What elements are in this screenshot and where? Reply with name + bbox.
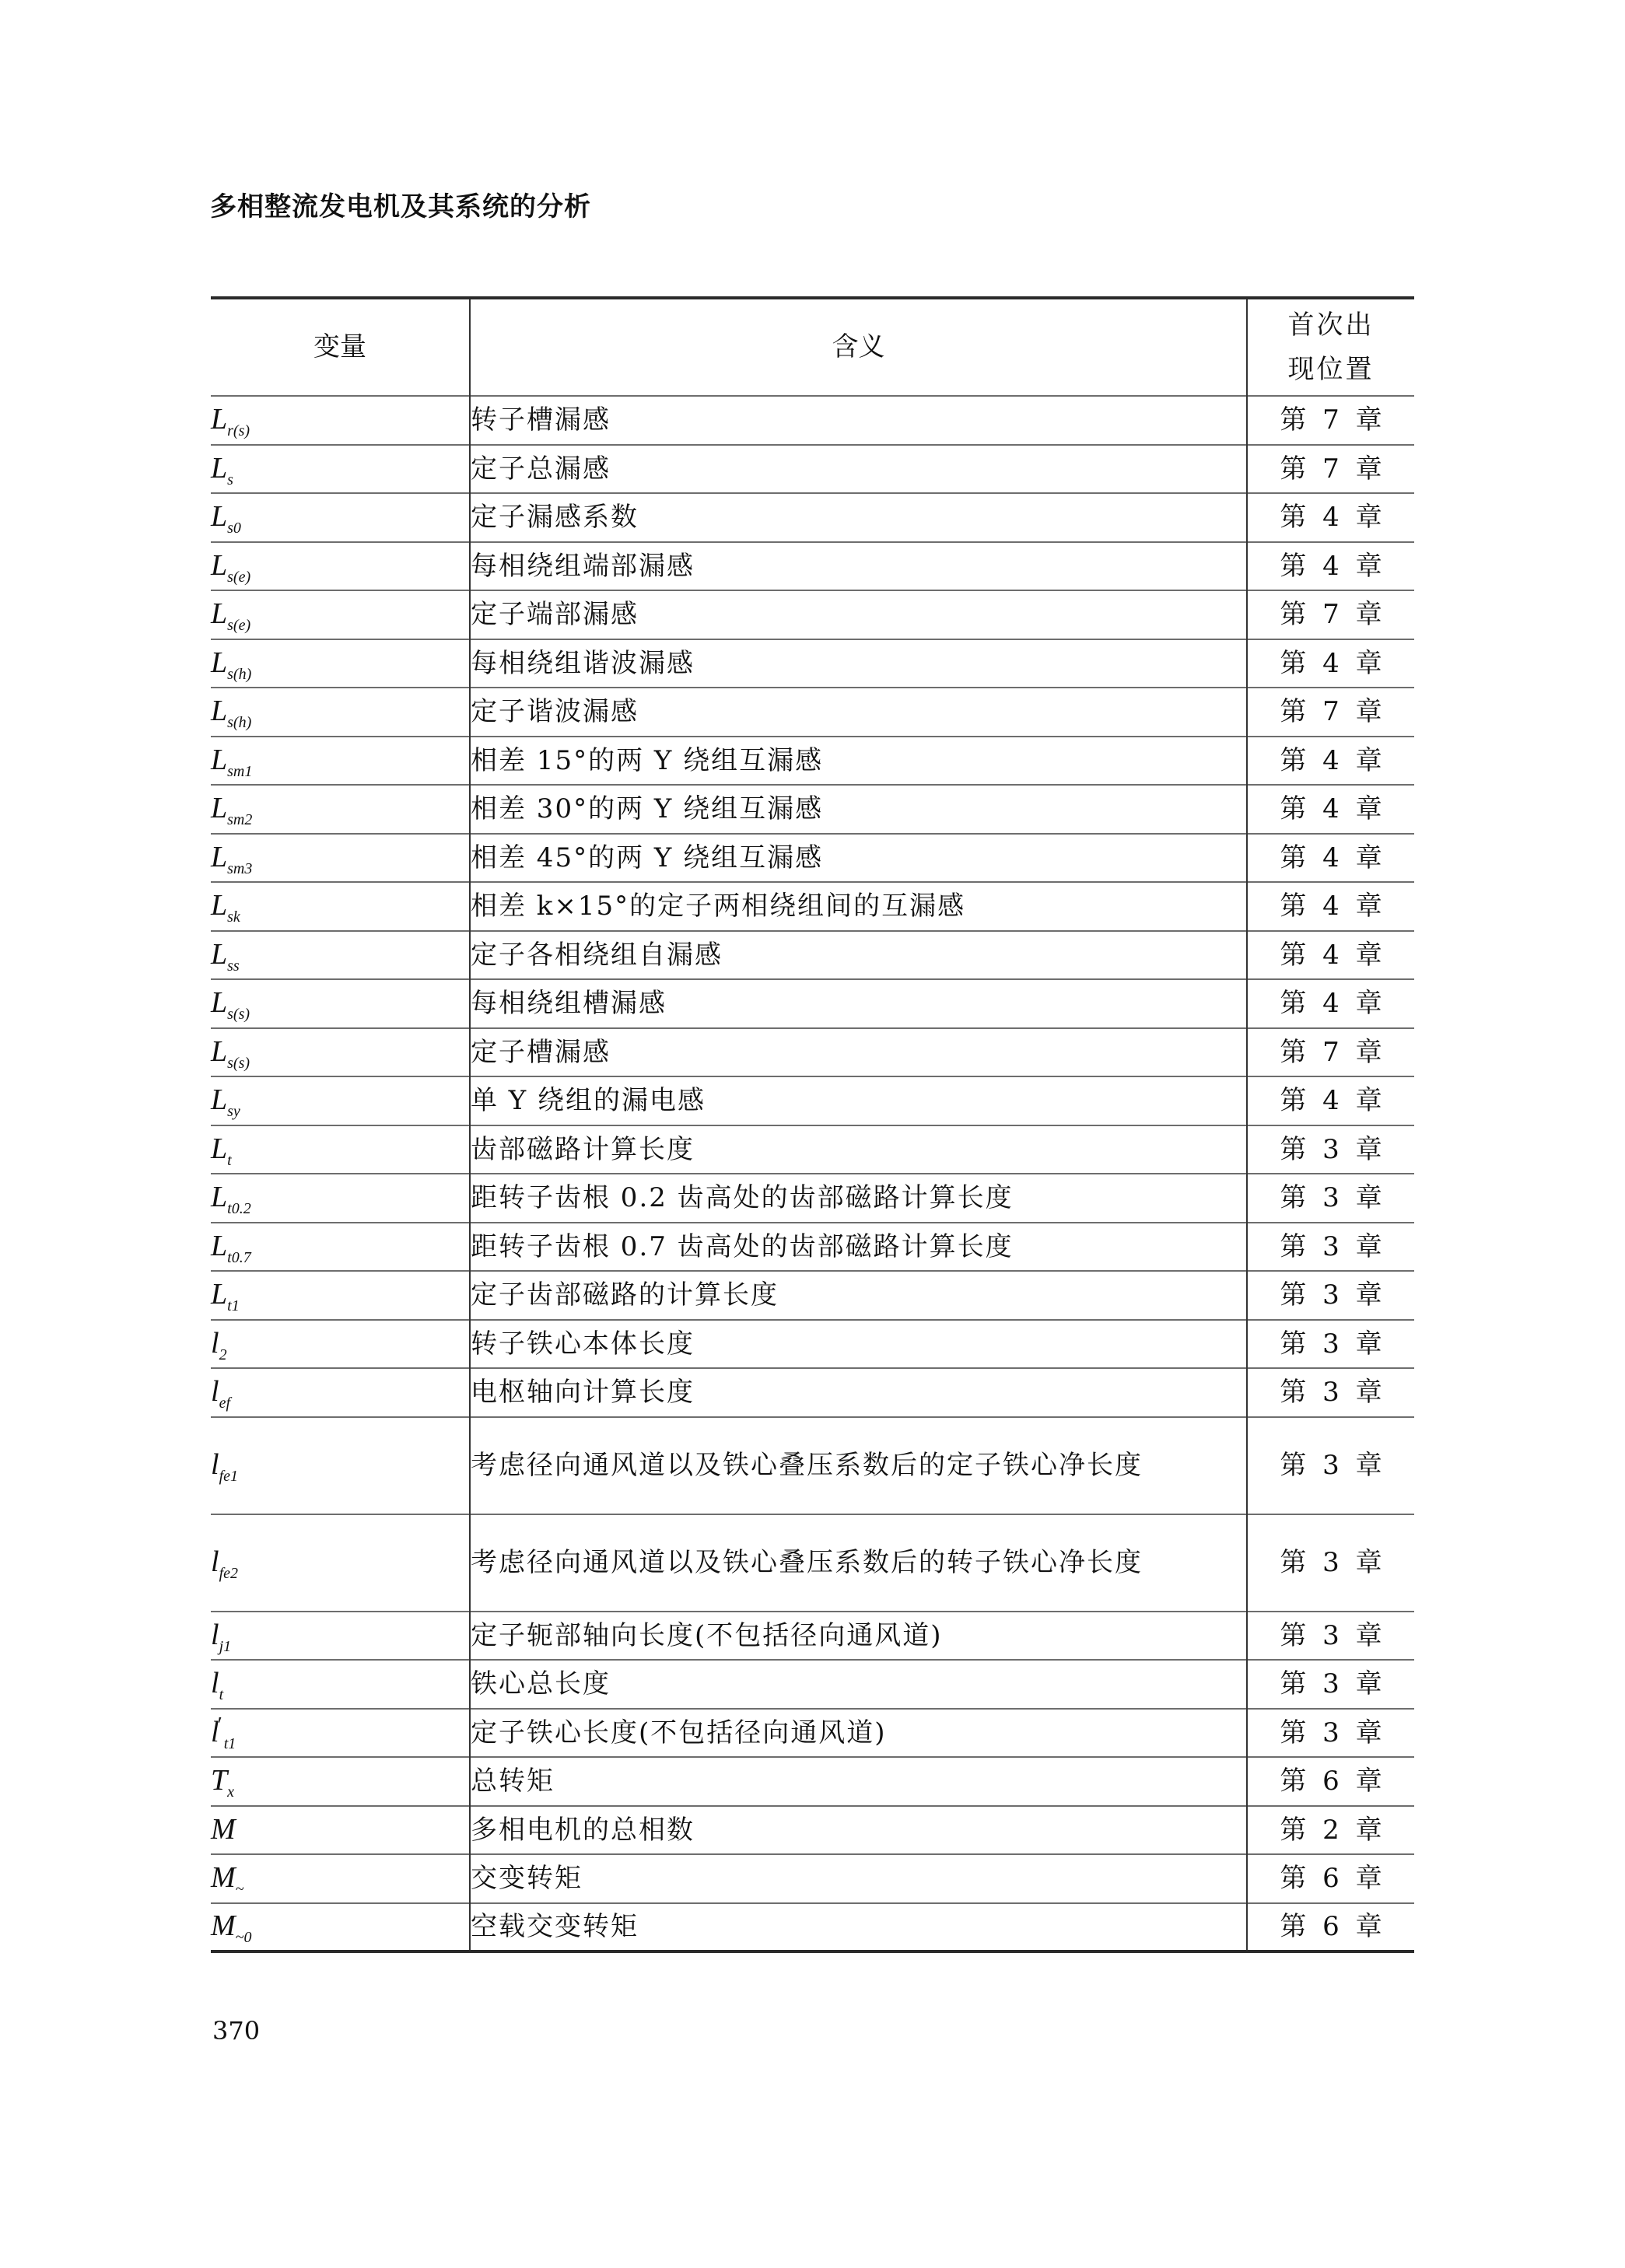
meaning-cell: 相差 30°的两 Y 绕组互漏感: [470, 785, 1247, 834]
variable-subscript: fe1: [219, 1468, 238, 1485]
meaning-cell: 总转矩: [470, 1757, 1247, 1806]
chapter-cell: 第 7 章: [1247, 688, 1414, 737]
meaning-cell: 相差 k×15°的定子两相绕组间的互漏感: [470, 882, 1247, 931]
table-row: Tx总转矩第 6 章: [211, 1757, 1414, 1806]
variable-subscript: t1: [227, 1297, 240, 1314]
chapter-cell: 第 6 章: [1247, 1903, 1414, 1952]
variable-symbol: l: [211, 1448, 219, 1481]
meaning-cell: 空载交变转矩: [470, 1903, 1247, 1952]
meaning-cell: 定子谐波漏感: [470, 688, 1247, 737]
variable-cell: Ls(s): [211, 1028, 470, 1077]
table-body: Lr(s)转子槽漏感第 7 章Ls定子总漏感第 7 章Ls0定子漏感系数第 4 …: [211, 396, 1414, 1951]
variable-subscript: j1: [219, 1638, 232, 1655]
variable-subscript: s(e): [227, 617, 250, 634]
table-row: Lsm3相差 45°的两 Y 绕组互漏感第 4 章: [211, 834, 1414, 883]
chapter-cell: 第 7 章: [1247, 445, 1414, 494]
chapter-cell: 第 6 章: [1247, 1854, 1414, 1903]
variable-symbol: L: [211, 841, 227, 873]
chapter-cell: 第 4 章: [1247, 493, 1414, 542]
table-row: M~交变转矩第 6 章: [211, 1854, 1414, 1903]
chapter-cell: 第 3 章: [1247, 1174, 1414, 1223]
table-row: lt铁心总长度第 3 章: [211, 1660, 1414, 1709]
table-row: Ls(s)定子槽漏感第 7 章: [211, 1028, 1414, 1077]
variable-subscript: fe2: [219, 1565, 238, 1582]
variable-subscript: ~0: [236, 1929, 252, 1946]
variable-cell: lef: [211, 1368, 470, 1417]
variable-symbol: L: [211, 1230, 227, 1262]
header-first-location-line1: 首次出: [1288, 310, 1375, 341]
table-row: Ls(e)定子端部漏感第 7 章: [211, 590, 1414, 639]
meaning-cell: 相差 15°的两 Y 绕组互漏感: [470, 737, 1247, 786]
meaning-cell: 定子齿部磁路的计算长度: [470, 1271, 1247, 1320]
variable-symbol: L: [211, 1083, 227, 1116]
variable-symbol: L: [211, 792, 227, 824]
variable-symbol: L: [211, 549, 227, 582]
variable-subscript: s(h): [227, 666, 251, 683]
variable-symbol: L: [211, 695, 227, 727]
table-row: M~0空载交变转矩第 6 章: [211, 1903, 1414, 1952]
meaning-cell: 齿部磁路计算长度: [470, 1125, 1247, 1174]
variable-subscript: t: [227, 1152, 232, 1169]
variable-cell: Ls(e): [211, 542, 470, 591]
meaning-cell: 相差 45°的两 Y 绕组互漏感: [470, 834, 1247, 883]
variable-subscript: s(h): [227, 714, 251, 731]
variable-cell: Lsm3: [211, 834, 470, 883]
meaning-cell: 单 Y 绕组的漏电感: [470, 1076, 1247, 1125]
variable-symbol: L: [211, 889, 227, 922]
variable-cell: Lt0.7: [211, 1223, 470, 1272]
chapter-cell: 第 3 章: [1247, 1660, 1414, 1709]
variable-cell: Tx: [211, 1757, 470, 1806]
variable-cell: Ls(e): [211, 590, 470, 639]
variable-symbol: L: [211, 597, 227, 630]
chapter-cell: 第 3 章: [1247, 1223, 1414, 1272]
chapter-cell: 第 4 章: [1247, 737, 1414, 786]
variable-subscript: 2: [219, 1346, 227, 1363]
chapter-cell: 第 4 章: [1247, 931, 1414, 980]
table-row: Lr(s)转子槽漏感第 7 章: [211, 396, 1414, 445]
variable-cell: Lr(s): [211, 396, 470, 445]
variable-cell: M: [211, 1806, 470, 1855]
variable-symbol: M: [211, 1909, 236, 1942]
table-row: l2转子铁心本体长度第 3 章: [211, 1320, 1414, 1369]
meaning-cell: 转子槽漏感: [470, 396, 1247, 445]
variable-symbol: L: [211, 1181, 227, 1213]
variable-subscript: t1: [224, 1735, 236, 1752]
variable-symbol: M: [211, 1861, 236, 1894]
variable-subscript: x: [227, 1783, 234, 1801]
variable-symbol: L: [211, 1278, 227, 1311]
variable-symbol: T: [211, 1764, 227, 1797]
variable-cell: M~: [211, 1854, 470, 1903]
table-row: Ls(h)定子谐波漏感第 7 章: [211, 688, 1414, 737]
chapter-cell: 第 7 章: [1247, 1028, 1414, 1077]
variable-cell: l2: [211, 1320, 470, 1369]
variable-subscript: sm2: [227, 811, 252, 828]
variable-cell: Lt: [211, 1125, 470, 1174]
variable-cell: Ls(h): [211, 688, 470, 737]
table-row: Ls(e)每相绕组端部漏感第 4 章: [211, 542, 1414, 591]
header-variable: 变量: [211, 298, 470, 396]
table-row: Lsm2相差 30°的两 Y 绕组互漏感第 4 章: [211, 785, 1414, 834]
variable-symbol: L: [211, 500, 227, 533]
meaning-cell: 交变转矩: [470, 1854, 1247, 1903]
variable-subscript: t0.7: [227, 1249, 251, 1266]
table-row: Lt0.7距转子齿根 0.7 齿高处的齿部磁路计算长度第 3 章: [211, 1223, 1414, 1272]
variable-cell: Lt0.2: [211, 1174, 470, 1223]
variable-subscript: r(s): [227, 422, 250, 439]
table-row: Lsy单 Y 绕组的漏电感第 4 章: [211, 1076, 1414, 1125]
table-row: lfe1考虑径向通风道以及铁心叠压系数后的定子铁心净长度第 3 章: [211, 1417, 1414, 1514]
table-row: lj1定子轭部轴向长度(不包括径向通风道)第 3 章: [211, 1612, 1414, 1661]
variable-symbol: l: [211, 1375, 219, 1408]
chapter-cell: 第 4 章: [1247, 1076, 1414, 1125]
meaning-cell: 多相电机的总相数: [470, 1806, 1247, 1855]
variable-symbol: l: [211, 1667, 219, 1699]
table-row: Lss定子各相绕组自漏感第 4 章: [211, 931, 1414, 980]
chapter-cell: 第 7 章: [1247, 590, 1414, 639]
variable-cell: Ls: [211, 445, 470, 494]
variable-cell: Ls(h): [211, 639, 470, 688]
variable-symbol: M: [211, 1813, 236, 1846]
variable-subscript: ef: [219, 1395, 230, 1412]
table-row: Lt1定子齿部磁路的计算长度第 3 章: [211, 1271, 1414, 1320]
meaning-cell: 定子各相绕组自漏感: [470, 931, 1247, 980]
variable-subscript: sy: [227, 1103, 240, 1120]
variable-cell: Lss: [211, 931, 470, 980]
table-row: lef电枢轴向计算长度第 3 章: [211, 1368, 1414, 1417]
header-first-location-line2: 现位置: [1288, 354, 1375, 385]
variable-cell: lt: [211, 1660, 470, 1709]
variable-subscript: ss: [227, 957, 240, 975]
chapter-cell: 第 7 章: [1247, 396, 1414, 445]
variable-cell: Lt1: [211, 1271, 470, 1320]
variable-symbol: L: [211, 1132, 227, 1165]
variable-cell: lj1: [211, 1612, 470, 1661]
page-number: 370: [212, 2016, 260, 2046]
running-head-title: 多相整流发电机及其系统的分析: [210, 185, 591, 223]
variable-subscript: ~: [236, 1881, 244, 1898]
chapter-cell: 第 6 章: [1247, 1757, 1414, 1806]
table-row: l′t1定子铁心长度(不包括径向通风道)第 3 章: [211, 1709, 1414, 1758]
table-row: Ls定子总漏感第 7 章: [211, 445, 1414, 494]
meaning-cell: 定子铁心长度(不包括径向通风道): [470, 1709, 1247, 1758]
chapter-cell: 第 4 章: [1247, 834, 1414, 883]
variable-cell: lfe1: [211, 1417, 470, 1514]
table-row: Lt0.2距转子齿根 0.2 齿高处的齿部磁路计算长度第 3 章: [211, 1174, 1414, 1223]
table-row: Ls(h)每相绕组谐波漏感第 4 章: [211, 639, 1414, 688]
meaning-cell: 距转子齿根 0.2 齿高处的齿部磁路计算长度: [470, 1174, 1247, 1223]
variable-symbol: l: [211, 1619, 219, 1651]
variable-symbol: l: [211, 1545, 219, 1578]
variable-symbol: L: [211, 744, 227, 776]
table-row: Ls(s)每相绕组槽漏感第 4 章: [211, 979, 1414, 1028]
header-meaning: 含义: [470, 298, 1247, 396]
chapter-cell: 第 3 章: [1247, 1320, 1414, 1369]
table-row: Lsk相差 k×15°的定子两相绕组间的互漏感第 4 章: [211, 882, 1414, 931]
table-row: Ls0定子漏感系数第 4 章: [211, 493, 1414, 542]
meaning-cell: 每相绕组端部漏感: [470, 542, 1247, 591]
chapter-cell: 第 4 章: [1247, 785, 1414, 834]
meaning-cell: 每相绕组槽漏感: [470, 979, 1247, 1028]
variable-symbol: L: [211, 1035, 227, 1068]
variable-subscript: s: [227, 471, 233, 488]
variable-subscript: s0: [227, 520, 241, 537]
variable-symbol: l: [211, 1327, 219, 1360]
variable-subscript: sm3: [227, 860, 252, 877]
table-row: Lt齿部磁路计算长度第 3 章: [211, 1125, 1414, 1174]
variable-cell: lfe2: [211, 1514, 470, 1612]
chapter-cell: 第 4 章: [1247, 639, 1414, 688]
meaning-cell: 定子端部漏感: [470, 590, 1247, 639]
variable-cell: Lsm2: [211, 785, 470, 834]
symbol-table: 变量 含义 首次出 现位置 Lr(s)转子槽漏感第 7 章Ls定子总漏感第 7 …: [211, 296, 1414, 1953]
variable-subscript: sk: [227, 908, 240, 926]
chapter-cell: 第 3 章: [1247, 1271, 1414, 1320]
meaning-cell: 每相绕组谐波漏感: [470, 639, 1247, 688]
variable-cell: Ls0: [211, 493, 470, 542]
meaning-cell: 定子漏感系数: [470, 493, 1247, 542]
variable-cell: Lsy: [211, 1076, 470, 1125]
variable-cell: l′t1: [211, 1709, 470, 1758]
variable-symbol: L: [211, 646, 227, 679]
meaning-cell: 转子铁心本体长度: [470, 1320, 1247, 1369]
variable-symbol: L: [211, 452, 227, 485]
table-header-row: 变量 含义 首次出 现位置: [211, 298, 1414, 396]
variable-symbol: L: [211, 403, 227, 436]
meaning-cell: 考虑径向通风道以及铁心叠压系数后的定子铁心净长度: [470, 1417, 1247, 1514]
variable-symbol: L: [211, 986, 227, 1019]
variable-subscript: t0.2: [227, 1200, 251, 1217]
variable-symbol: L: [211, 938, 227, 971]
variable-subscript: s(s): [227, 1006, 250, 1023]
variable-cell: M~0: [211, 1903, 470, 1952]
meaning-cell: 距转子齿根 0.7 齿高处的齿部磁路计算长度: [470, 1223, 1247, 1272]
variable-cell: Ls(s): [211, 979, 470, 1028]
chapter-cell: 第 4 章: [1247, 882, 1414, 931]
chapter-cell: 第 3 章: [1247, 1612, 1414, 1661]
variable-subscript: s(s): [227, 1055, 250, 1072]
table-row: lfe2考虑径向通风道以及铁心叠压系数后的转子铁心净长度第 3 章: [211, 1514, 1414, 1612]
variable-cell: Lsm1: [211, 737, 470, 786]
chapter-cell: 第 3 章: [1247, 1125, 1414, 1174]
variable-subscript: s(e): [227, 569, 250, 586]
chapter-cell: 第 4 章: [1247, 979, 1414, 1028]
meaning-cell: 电枢轴向计算长度: [470, 1368, 1247, 1417]
table-row: Lsm1相差 15°的两 Y 绕组互漏感第 4 章: [211, 737, 1414, 786]
chapter-cell: 第 3 章: [1247, 1709, 1414, 1758]
header-first-location: 首次出 现位置: [1247, 298, 1414, 396]
variable-subscript: t: [219, 1686, 224, 1703]
table-row: M多相电机的总相数第 2 章: [211, 1806, 1414, 1855]
variable-subscript: sm1: [227, 763, 252, 780]
meaning-cell: 考虑径向通风道以及铁心叠压系数后的转子铁心净长度: [470, 1514, 1247, 1612]
chapter-cell: 第 4 章: [1247, 542, 1414, 591]
chapter-cell: 第 2 章: [1247, 1806, 1414, 1855]
meaning-cell: 定子总漏感: [470, 445, 1247, 494]
chapter-cell: 第 3 章: [1247, 1417, 1414, 1514]
meaning-cell: 定子槽漏感: [470, 1028, 1247, 1077]
chapter-cell: 第 3 章: [1247, 1514, 1414, 1612]
meaning-cell: 定子轭部轴向长度(不包括径向通风道): [470, 1612, 1247, 1661]
variable-prime: ′: [218, 1713, 222, 1738]
chapter-cell: 第 3 章: [1247, 1368, 1414, 1417]
meaning-cell: 铁心总长度: [470, 1660, 1247, 1709]
variable-cell: Lsk: [211, 882, 470, 931]
